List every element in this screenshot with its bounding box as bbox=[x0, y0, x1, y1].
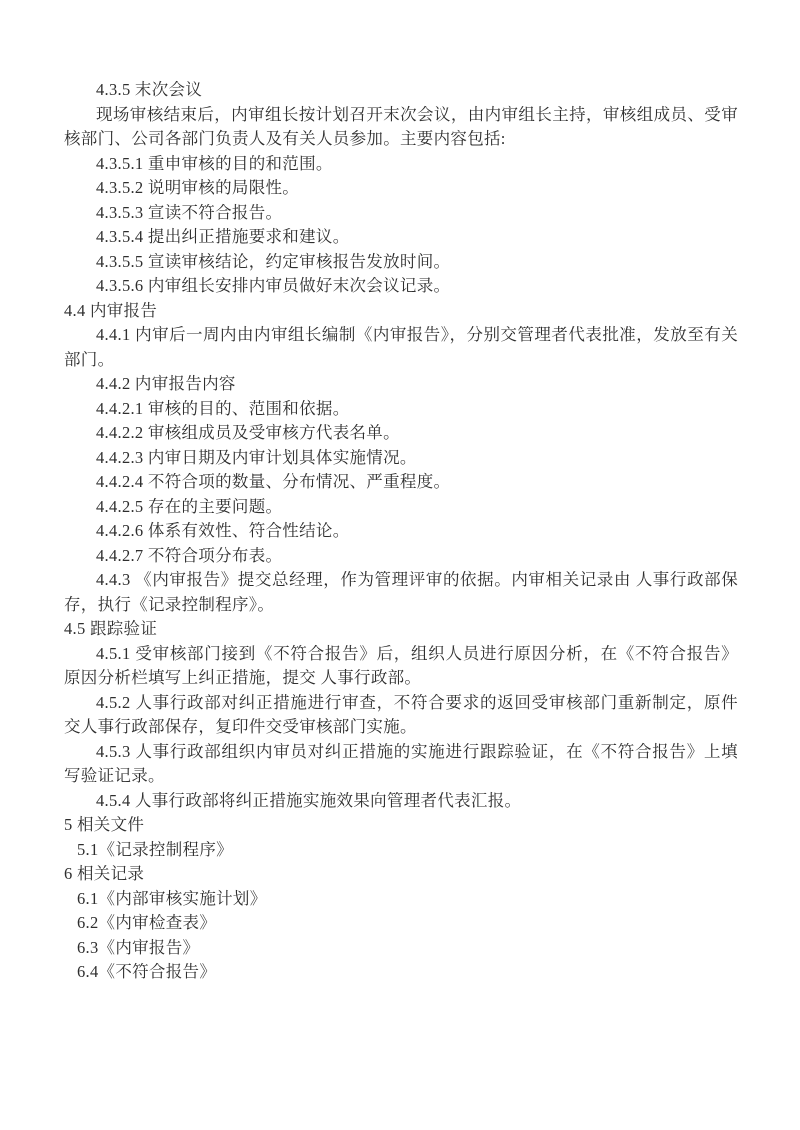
doc-paragraph-0: 4.3.5 末次会议 bbox=[64, 78, 738, 103]
doc-paragraph-25: 5.1《记录控制程序》 bbox=[64, 838, 738, 863]
doc-paragraph-1: 现场审核结束后，内审组长按计划召开末次会议，由内审组长主持，审核组成员、受审核部… bbox=[64, 103, 738, 152]
document-body: 4.3.5 末次会议现场审核结束后，内审组长按计划召开末次会议，由内审组长主持，… bbox=[64, 78, 738, 985]
doc-paragraph-10: 4.4.2 内审报告内容 bbox=[64, 372, 738, 397]
doc-paragraph-8: 4.4 内审报告 bbox=[64, 299, 738, 324]
doc-paragraph-22: 4.5.3 人事行政部组织内审员对纠正措施的实施进行跟踪验证，在《不符合报告》上… bbox=[64, 740, 738, 789]
doc-paragraph-6: 4.3.5.5 宣读审核结论，约定审核报告发放时间。 bbox=[64, 250, 738, 275]
doc-paragraph-11: 4.4.2.1 审核的目的、范围和依据。 bbox=[64, 397, 738, 422]
doc-paragraph-21: 4.5.2 人事行政部对纠正措施进行审查，不符合要求的返回受审核部门重新制定，原… bbox=[64, 691, 738, 740]
doc-paragraph-3: 4.3.5.2 说明审核的局限性。 bbox=[64, 176, 738, 201]
doc-paragraph-17: 4.4.2.7 不符合项分布表。 bbox=[64, 544, 738, 569]
doc-paragraph-24: 5 相关文件 bbox=[64, 813, 738, 838]
doc-paragraph-15: 4.4.2.5 存在的主要问题。 bbox=[64, 495, 738, 520]
doc-paragraph-5: 4.3.5.4 提出纠正措施要求和建议。 bbox=[64, 225, 738, 250]
doc-paragraph-7: 4.3.5.6 内审组长安排内审员做好末次会议记录。 bbox=[64, 274, 738, 299]
document-page: 4.3.5 末次会议现场审核结束后，内审组长按计划召开末次会议，由内审组长主持，… bbox=[0, 0, 800, 1130]
doc-paragraph-23: 4.5.4 人事行政部将纠正措施实施效果向管理者代表汇报。 bbox=[64, 789, 738, 814]
doc-paragraph-2: 4.3.5.1 重申审核的目的和范围。 bbox=[64, 152, 738, 177]
doc-paragraph-26: 6 相关记录 bbox=[64, 862, 738, 887]
doc-paragraph-14: 4.4.2.4 不符合项的数量、分布情况、严重程度。 bbox=[64, 470, 738, 495]
doc-paragraph-20: 4.5.1 受审核部门接到《不符合报告》后，组织人员进行原因分析，在《不符合报告… bbox=[64, 642, 738, 691]
doc-paragraph-30: 6.4《不符合报告》 bbox=[64, 960, 738, 985]
doc-paragraph-28: 6.2《内审检查表》 bbox=[64, 911, 738, 936]
doc-paragraph-9: 4.4.1 内审后一周内由内审组长编制《内审报告》，分别交管理者代表批准，发放至… bbox=[64, 323, 738, 372]
doc-paragraph-4: 4.3.5.3 宣读不符合报告。 bbox=[64, 201, 738, 226]
doc-paragraph-13: 4.4.2.3 内审日期及内审计划具体实施情况。 bbox=[64, 446, 738, 471]
doc-paragraph-18: 4.4.3 《内审报告》提交总经理，作为管理评审的依据。内审相关记录由 人事行政… bbox=[64, 568, 738, 617]
doc-paragraph-29: 6.3《内审报告》 bbox=[64, 936, 738, 961]
doc-paragraph-19: 4.5 跟踪验证 bbox=[64, 617, 738, 642]
doc-paragraph-27: 6.1《内部审核实施计划》 bbox=[64, 887, 738, 912]
doc-paragraph-12: 4.4.2.2 审核组成员及受审核方代表名单。 bbox=[64, 421, 738, 446]
doc-paragraph-16: 4.4.2.6 体系有效性、符合性结论。 bbox=[64, 519, 738, 544]
